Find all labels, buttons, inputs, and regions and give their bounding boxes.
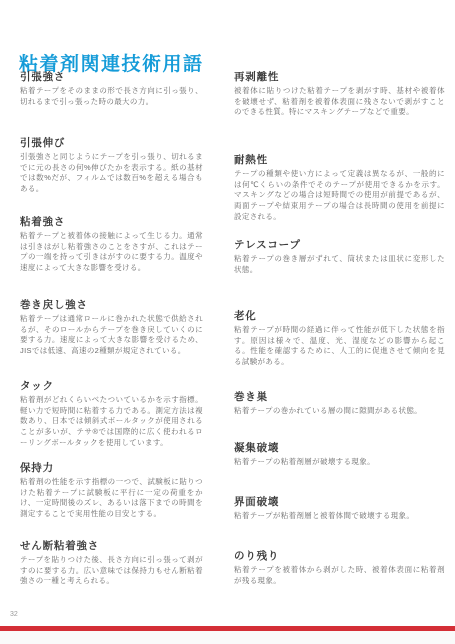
term-definition: 粘着テープの巻き層がずれて、筒状または皿状に変形した状態。 xyxy=(234,254,445,275)
term-heading: 界面破壊 xyxy=(234,497,445,508)
term-definition: テープを貼りつけた後、長さ方向に引っ張って剥がすのに要する力。広い意味では保持力… xyxy=(20,555,203,587)
document-page: 粘着剤関連技術用語 引張強さ 粘着テープをそのままの形で長さ方向に引っ張り、切れ… xyxy=(0,0,455,644)
term-heading: せん断粘着強さ xyxy=(20,541,203,552)
glossary-entry: 老化 粘着テープが時間の経過に伴って性能が低下した状態を指す。原因は様々で、温度… xyxy=(234,311,445,368)
term-heading: テレスコープ xyxy=(234,240,445,251)
glossary-entry: せん断粘着強さ テープを貼りつけた後、長さ方向に引っ張って剥がすのに要する力。広… xyxy=(20,541,203,587)
term-heading: のり残り xyxy=(234,551,445,562)
glossary-entry: 巻き巣 粘着テープの巻かれている層の間に隙間がある状態。 xyxy=(234,392,445,417)
term-heading: 耐熱性 xyxy=(234,155,445,166)
glossary-column-left: 引張強さ 粘着テープをそのままの形で長さ方向に引っ張り、切れるまで引っ張った時の… xyxy=(20,0,203,644)
glossary-entry: 引張強さ 粘着テープをそのままの形で長さ方向に引っ張り、切れるまで引っ張った時の… xyxy=(20,72,203,107)
term-heading: 巻き巣 xyxy=(234,392,445,403)
term-heading: 保持力 xyxy=(20,463,203,474)
term-heading: タック xyxy=(20,381,203,392)
term-heading: 巻き戻し強さ xyxy=(20,300,203,311)
term-definition: 粘着テープが粘着剤層と被着体間で破壊する現象。 xyxy=(234,511,445,522)
glossary-entry: 耐熱性 テープの種類や使い方によって定義は異なるが、一般的には何℃くらいの条件で… xyxy=(234,155,445,223)
term-heading: 凝集破壊 xyxy=(234,443,445,454)
term-heading: 粘着強さ xyxy=(20,217,203,228)
term-heading: 引張強さ xyxy=(20,72,203,83)
term-definition: 被着体に貼りつけた粘着テープを剥がす時、基材や被着体を破壊せず、粘着剤を被着体表… xyxy=(234,86,445,118)
term-heading: 引張伸び xyxy=(20,138,203,149)
term-definition: 粘着テープの巻かれている層の間に隙間がある状態。 xyxy=(234,406,445,417)
term-definition: テープの種類や使い方によって定義は異なるが、一般的には何℃くらいの条件でそのテー… xyxy=(234,169,445,223)
glossary-entry: 粘着強さ 粘着テープと被着体の接触によって生じる力。通常は引きはがし粘着強さのこ… xyxy=(20,217,203,274)
page-bottom-margin xyxy=(0,631,455,644)
term-definition: 粘着剤の性能を示す指標の一つで、試験板に貼りつけた粘着テープに試験板に平行に一定… xyxy=(20,477,203,520)
glossary-entry: のり残り 粘着テープを被着体から剥がした時、被着体表面に粘着剤が残る現象。 xyxy=(234,551,445,586)
glossary-entry: 界面破壊 粘着テープが粘着剤層と被着体間で破壊する現象。 xyxy=(234,497,445,522)
page-number: 32 xyxy=(10,611,18,618)
term-definition: 粘着剤がどれくらいべたついているかを示す指標。軽い力で短時間に粘着する力である。… xyxy=(20,395,203,449)
glossary-entry: 再剥離性 被着体に貼りつけた粘着テープを剥がす時、基材や被着体を破壊せず、粘着剤… xyxy=(234,72,445,118)
term-heading: 再剥離性 xyxy=(234,72,445,83)
term-definition: 粘着テープをそのままの形で長さ方向に引っ張り、切れるまで引っ張った時の最大の力。 xyxy=(20,86,203,107)
glossary-column-right: 再剥離性 被着体に貼りつけた粘着テープを剥がす時、基材や被着体を破壊せず、粘着剤… xyxy=(234,0,445,644)
glossary-entry: タック 粘着剤がどれくらいべたついているかを示す指標。軽い力で短時間に粘着する力… xyxy=(20,381,203,449)
term-heading: 老化 xyxy=(234,311,445,322)
term-definition: 粘着テープを被着体から剥がした時、被着体表面に粘着剤が残る現象。 xyxy=(234,565,445,586)
glossary-entry: 凝集破壊 粘着テープの粘着剤層が破壊する現象。 xyxy=(234,443,445,468)
term-definition: 粘着テープは通常ロールに巻かれた状態で供給されるが、そのロールからテープを巻き戻… xyxy=(20,314,203,357)
term-definition: 粘着テープの粘着剤層が破壊する現象。 xyxy=(234,457,445,468)
term-definition: 粘着テープと被着体の接触によって生じる力。通常は引きはがし粘着強さのことをさすが… xyxy=(20,231,203,274)
term-definition: 引張強さと同じようにテープを引っ張り、切れるまでに元の長さの何%伸びたかを表示す… xyxy=(20,152,203,195)
glossary-entry: 引張伸び 引張強さと同じようにテープを引っ張り、切れるまでに元の長さの何%伸びた… xyxy=(20,138,203,195)
term-definition: 粘着テープが時間の経過に伴って性能が低下した状態を指す。原因は様々で、温度、光、… xyxy=(234,325,445,368)
glossary-entry: テレスコープ 粘着テープの巻き層がずれて、筒状または皿状に変形した状態。 xyxy=(234,240,445,275)
glossary-entry: 巻き戻し強さ 粘着テープは通常ロールに巻かれた状態で供給されるが、そのロールから… xyxy=(20,300,203,357)
glossary-entry: 保持力 粘着剤の性能を示す指標の一つで、試験板に貼りつけた粘着テープに試験板に平… xyxy=(20,463,203,520)
